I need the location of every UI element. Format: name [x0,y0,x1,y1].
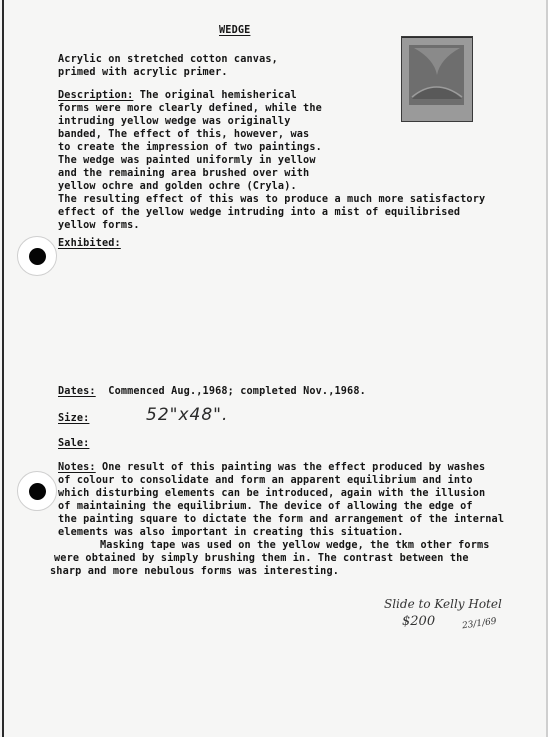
notes-section: Notes: One result of this painting was t… [58,461,504,578]
notes-line: the painting square to dictate the form … [58,513,504,526]
description-first-line: The original hemisherical [133,90,296,101]
notes-line: were obtained by simply brushing them in… [54,552,504,565]
notes-line: of maintaining the equilibrium. The devi… [58,500,504,513]
punch-hole-center [29,483,46,500]
notes-line: which disturbing elements can be introdu… [58,487,504,500]
exhibited-label: Exhibited: [58,238,121,249]
description-line: to create the impression of two painting… [58,142,322,153]
painting-photo-icon [402,37,472,121]
dates-section: Dates: Commenced Aug.,1968; completed No… [58,385,366,398]
description-line: forms were more clearly defined, while t… [58,103,322,114]
handwritten-price: $200 [402,614,435,629]
document-page: WEDGE Acrylic on stretched cotton canvas… [2,0,548,737]
punch-hole-center [29,248,46,265]
notes-line: of colour to consolidate and form an app… [58,474,504,487]
notes-line: Masking tape was used on the yellow wedg… [100,539,504,552]
size-value-handwritten: 52"x48". [146,405,228,425]
description-label: Description: [58,90,133,101]
size-label: Size: [58,413,89,424]
description-line: yellow ochre and golden ochre (Cryla). [58,181,297,192]
handwritten-date: 23/1/69 [461,617,497,632]
sale-label: Sale: [58,438,89,449]
dates-value: Commenced Aug.,1968; completed Nov.,1968… [108,386,366,397]
notes-line: elements was also important in creating … [58,526,504,539]
notes-line: sharp and more nebulous forms was intere… [50,565,504,578]
size-section: Size: [58,412,89,425]
medium-line: primed with acrylic primer. [58,67,228,78]
medium-line: Acrylic on stretched cotton canvas, [58,54,278,65]
description-line: and the remaining area brushed over with [58,168,309,179]
description-line: yellow forms. [58,220,140,231]
sale-section: Sale: [58,437,89,450]
description-line: effect of the yellow wedge intruding int… [58,207,460,218]
medium-text: Acrylic on stretched cotton canvas, prim… [58,53,278,79]
punch-hole [17,236,57,276]
dates-label: Dates: [58,386,96,397]
document-title: WEDGE [219,24,250,37]
description-line: The resulting effect of this was to prod… [58,194,485,205]
exhibited-section: Exhibited: [58,237,121,250]
notes-first-line: One result of this painting was the effe… [96,462,486,473]
handwritten-signature: Slide to Kelly Hotel [384,597,502,611]
painting-photo [401,36,473,122]
description-line: The wedge was painted uniformly in yello… [58,155,316,166]
description-line: banded, The effect of this, however, was [58,129,309,140]
punch-hole [17,471,57,511]
notes-label: Notes: [58,462,96,473]
description-line: intruding yellow wedge was originally [58,116,291,127]
